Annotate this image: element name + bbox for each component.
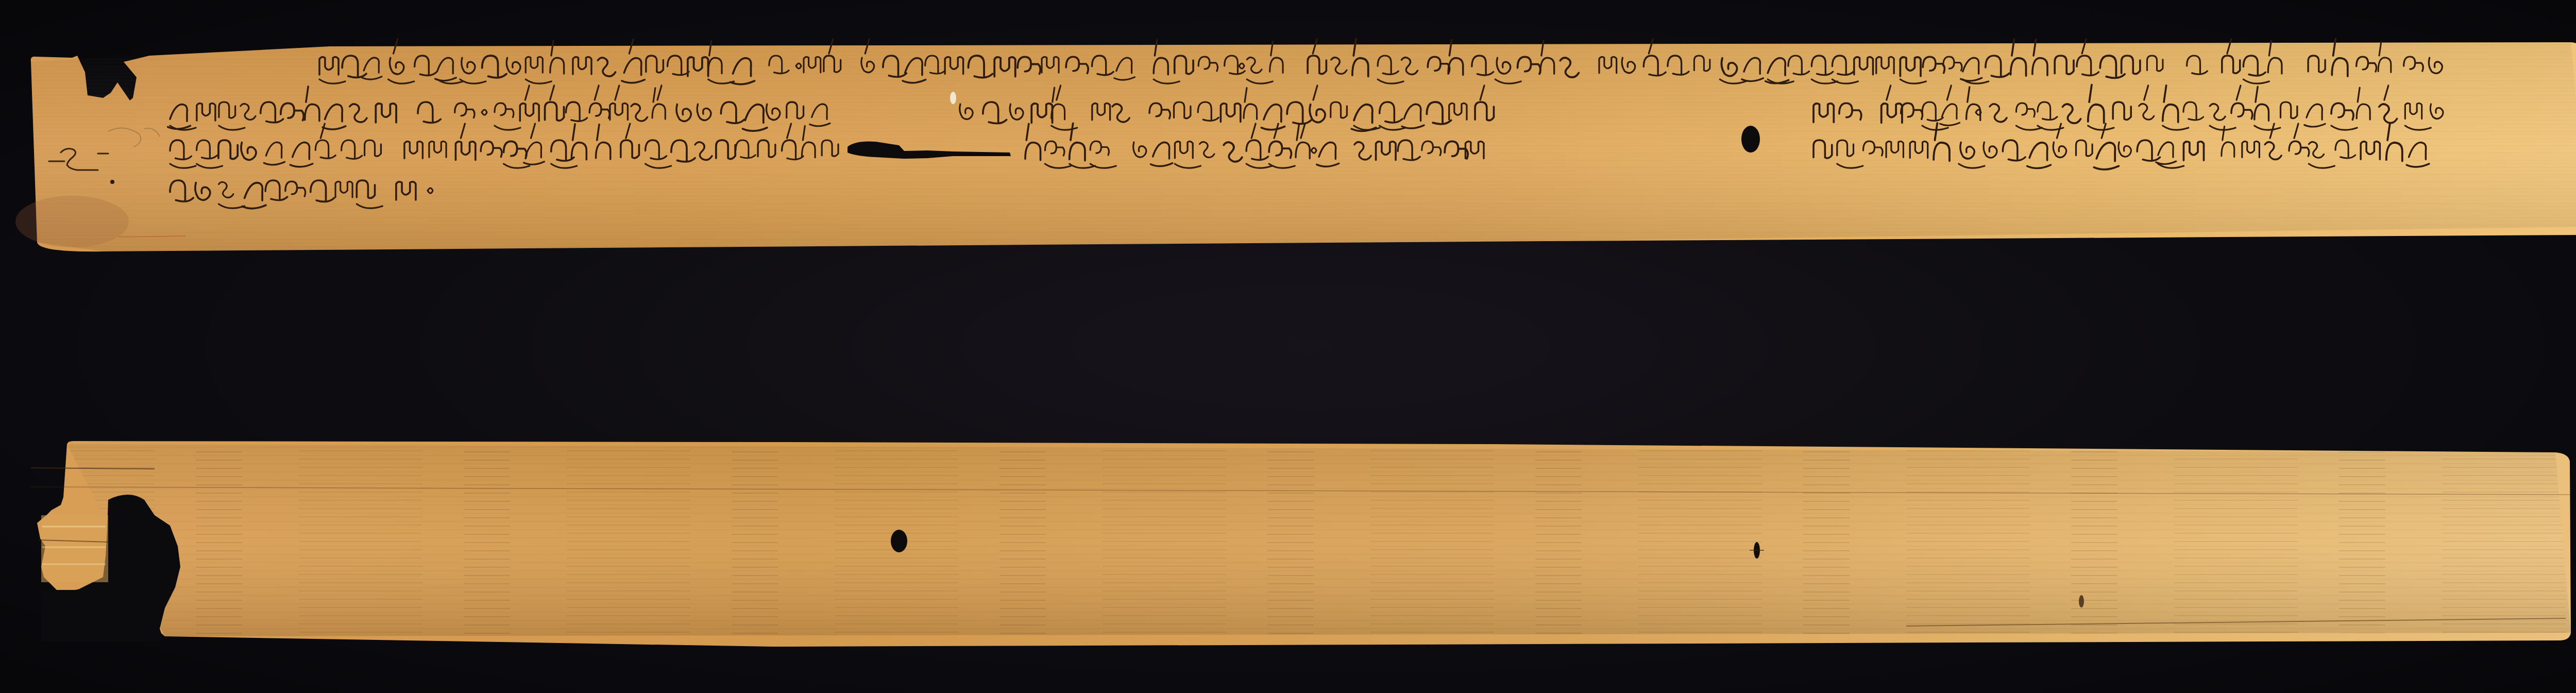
script-glyph: [455, 142, 475, 160]
script-glyph: [1540, 41, 1554, 74]
script-glyph: [435, 58, 456, 80]
script-glyph: [2011, 39, 2026, 76]
script-glyph: [822, 140, 838, 156]
script-glyph: [218, 140, 238, 159]
script-glyph: [1042, 57, 1059, 73]
script-glyph: [1961, 58, 1982, 81]
script-glyph: [1221, 104, 1240, 122]
script-glyph: [2077, 56, 2098, 75]
script-glyph: [1018, 57, 1040, 74]
script-glyph: [1031, 104, 1052, 123]
script-glyph: [2003, 140, 2025, 161]
script-glyph: [2076, 140, 2093, 156]
script-glyph: [810, 104, 830, 126]
script-glyph: [2309, 142, 2324, 158]
script-glyph: [218, 182, 233, 197]
script-glyph: [622, 58, 645, 82]
script-glyph: [2094, 143, 2119, 170]
script-glyph: [1449, 103, 1467, 120]
script-glyph: [610, 103, 628, 120]
script-glyph: [1198, 102, 1218, 121]
script-glyph: [281, 103, 304, 120]
script-glyph: [1863, 141, 1883, 156]
script-glyph: [481, 141, 502, 157]
script-glyph: [1472, 56, 1494, 75]
script-glyph: [1901, 103, 1923, 119]
script-glyph: [1960, 142, 1974, 159]
script-glyph: [1331, 57, 1347, 74]
script-glyph: [2137, 140, 2160, 161]
script-glyph: [264, 142, 284, 165]
script-glyph: [524, 142, 545, 164]
script-glyph: [1422, 141, 1441, 156]
script-glyph: [195, 183, 210, 200]
script-glyph: [389, 58, 403, 74]
script-glyph: [1114, 58, 1135, 80]
script-glyph: [1380, 102, 1402, 123]
inscription-top-leaf: [0, 0, 2576, 289]
script-glyph: [1112, 104, 1129, 122]
script-glyph: [550, 41, 564, 74]
script-glyph: [960, 104, 973, 119]
script-glyph: [1832, 56, 1853, 75]
script-glyph: [1317, 142, 1339, 166]
script-glyph: [1402, 104, 1424, 128]
script-glyph: [1224, 142, 1242, 162]
script-glyph: [1854, 57, 1873, 75]
script-glyph: [1270, 42, 1283, 73]
script-glyph: [342, 140, 362, 159]
script-glyph: [969, 56, 993, 78]
script-glyph: [883, 56, 907, 77]
script-glyph: [1668, 56, 1689, 75]
script-glyph: [1910, 141, 1927, 158]
script-glyph: [1376, 142, 1396, 160]
script-glyph: [671, 140, 695, 162]
script-glyph: [983, 102, 1007, 123]
script-glyph: [2405, 103, 2421, 119]
script-glyph: [429, 141, 446, 157]
script-glyph: [1876, 57, 1894, 73]
script-glyph: [1010, 104, 1023, 120]
script-glyph: [2332, 39, 2348, 76]
script-glyph: [2265, 142, 2281, 160]
script-glyph: [1742, 58, 1764, 81]
script-glyph: [1599, 57, 1617, 73]
script-glyph: [2281, 102, 2297, 119]
script-glyph: [716, 140, 735, 159]
script-glyph: [1175, 141, 1193, 158]
script-glyph: [2331, 103, 2353, 120]
script-glyph: [802, 126, 815, 157]
script-glyph: [2231, 103, 2252, 119]
script-glyph: [621, 140, 639, 158]
script-glyph: [2335, 140, 2355, 158]
script-glyph: [903, 58, 925, 82]
script-glyph: [2113, 102, 2131, 120]
script-glyph: [1940, 104, 1959, 126]
script-glyph: [925, 56, 945, 74]
script-glyph: [1694, 56, 1709, 71]
script-glyph: [769, 56, 789, 74]
script-glyph: [2183, 102, 2204, 120]
script-glyph: [2304, 104, 2325, 127]
script-glyph: [736, 140, 755, 158]
script-glyph: [2222, 126, 2234, 157]
script-glyph: [415, 56, 436, 75]
script-glyph: [2053, 142, 2066, 158]
script-glyph: [2055, 56, 2074, 74]
script-glyph: [646, 140, 667, 159]
script-glyph: [1839, 103, 1861, 120]
script-glyph: [1133, 142, 1146, 157]
script-glyph: [1092, 56, 1114, 75]
script-glyph: [1287, 102, 1311, 124]
script-glyph: [1354, 142, 1371, 160]
script-glyph: [2032, 40, 2047, 76]
script-glyph: [1045, 141, 1064, 156]
script-glyph: [695, 142, 712, 160]
script-glyph: [265, 180, 287, 200]
script-glyph: [1643, 56, 1666, 76]
script-glyph: [2163, 86, 2178, 122]
script-glyph: [1788, 56, 1809, 75]
script-glyph: [782, 140, 803, 160]
script-glyph: [1445, 141, 1468, 159]
script-glyph: [731, 58, 755, 84]
script-glyph: [861, 58, 874, 73]
script-glyph: [2222, 56, 2240, 73]
script-glyph: [241, 143, 256, 160]
script-glyph: [323, 104, 346, 129]
script-glyph: [545, 102, 564, 121]
script-glyph: [365, 140, 381, 156]
script-glyph: [824, 56, 841, 72]
script-glyph: [2255, 87, 2269, 121]
script-glyph: [1150, 142, 1172, 166]
script-glyph: [2268, 41, 2282, 74]
script-glyph: [2430, 104, 2443, 119]
script-glyph: [1427, 102, 1451, 124]
script-glyph: [566, 102, 587, 121]
script-glyph: [170, 140, 191, 160]
script-glyph: [697, 104, 711, 120]
script-glyph: [396, 182, 416, 200]
script-glyph: [1811, 56, 1833, 75]
script-glyph: [2088, 85, 2104, 123]
script-glyph: [688, 57, 708, 76]
script-glyph: [1986, 56, 2009, 77]
script-glyph: [646, 56, 664, 73]
script-glyph: [504, 141, 527, 158]
palm-leaf-top: [0, 0, 2576, 289]
script-glyph: [2156, 142, 2176, 164]
script-glyph: [1721, 58, 1737, 76]
script-glyph: [743, 105, 767, 131]
script-glyph: [758, 140, 775, 157]
script-glyph: [1984, 142, 1997, 158]
script-glyph: [766, 104, 779, 120]
script-glyph: [506, 58, 520, 74]
script-glyph: [350, 104, 367, 122]
script-glyph: [197, 104, 215, 121]
palm-leaf-bottom-shape: [0, 412, 2576, 693]
script-glyph: [631, 104, 648, 121]
script-glyph: [787, 102, 804, 119]
script-glyph: [1261, 105, 1284, 130]
script-glyph: [1247, 57, 1262, 73]
script-glyph: [994, 57, 1015, 77]
script-glyph: [242, 183, 266, 209]
script-glyph: [708, 41, 722, 74]
script-glyph: [290, 142, 313, 166]
script-glyph: [241, 104, 256, 120]
script-glyph: [335, 181, 352, 197]
script-glyph: [945, 57, 963, 74]
script-glyph: [311, 180, 334, 201]
script-glyph: [1199, 142, 1214, 157]
script-glyph: [1198, 57, 1217, 71]
script-glyph: [571, 124, 586, 160]
script-glyph: [2038, 102, 2057, 120]
palm-leaf-bottom: [0, 412, 2576, 693]
script-glyph: [2357, 57, 2377, 72]
script-glyph: [1518, 57, 1540, 74]
script-glyph: [526, 57, 543, 73]
script-glyph: [551, 140, 574, 161]
script-glyph: [721, 102, 744, 123]
script-glyph: [1070, 123, 1085, 160]
script-glyph: [1174, 102, 1191, 119]
script-glyph: [2308, 56, 2325, 72]
script-glyph: [1882, 104, 1902, 123]
script-glyph: [1922, 102, 1943, 121]
script-glyph: [2386, 123, 2402, 161]
script-glyph: [2122, 56, 2140, 74]
script-glyph: [357, 180, 375, 198]
script-glyph: [418, 102, 440, 123]
script-glyph: [1990, 104, 2007, 122]
script-glyph: [1560, 58, 1579, 77]
script-glyph: [1090, 141, 1109, 155]
script-glyph: [2361, 142, 2380, 160]
script-glyph: [2062, 104, 2080, 123]
script-glyph: [1886, 141, 1903, 157]
script-glyph: [315, 140, 335, 158]
script-glyph: [1428, 57, 1449, 73]
script-glyph: [495, 103, 514, 117]
script-glyph: [1154, 40, 1168, 75]
script-glyph: [1244, 88, 1257, 120]
script-glyph: [1398, 140, 1420, 160]
script-glyph: [197, 140, 217, 159]
script-glyph: [2183, 142, 2204, 160]
script-glyph: [2379, 104, 2397, 123]
script-glyph: [1092, 103, 1110, 120]
script-glyph: [1310, 105, 1325, 123]
script-glyph: [2357, 88, 2370, 120]
script-glyph: [2027, 143, 2051, 168]
script-glyph: [1900, 57, 1921, 76]
script-glyph: [462, 58, 475, 74]
script-glyph: [573, 57, 591, 74]
script-glyph: [219, 102, 235, 118]
script-glyph: [804, 57, 821, 72]
script-glyph: [2187, 56, 2208, 74]
script-glyph: [520, 104, 539, 121]
script-glyph: [676, 104, 691, 121]
script-glyph: [2016, 103, 2035, 117]
script-glyph: [319, 57, 338, 75]
script-glyph: [376, 104, 396, 123]
script-glyph: [1149, 103, 1170, 119]
script-glyph: [1025, 124, 1041, 160]
script-glyph: [1269, 141, 1291, 158]
script-glyph: [482, 56, 506, 78]
binding-hole-left: [891, 530, 907, 552]
script-glyph: [1352, 39, 1368, 77]
script-glyph: [1066, 57, 1088, 73]
script-glyph: [2139, 104, 2154, 120]
script-glyph: [1246, 140, 1268, 160]
script-glyph: [1497, 58, 1511, 74]
script-glyph: [404, 142, 422, 159]
script-glyph: [170, 180, 193, 201]
script-glyph: [2119, 142, 2131, 157]
script-glyph: [2378, 42, 2391, 72]
script-glyph: [2404, 57, 2424, 71]
script-glyph: [1225, 56, 1245, 74]
script-glyph: [285, 181, 306, 196]
script-glyph: [342, 56, 366, 77]
script-glyph: [1401, 58, 1417, 75]
script-glyph: [168, 104, 191, 129]
script-glyph: [2147, 56, 2163, 71]
script-glyph: [1814, 140, 1832, 158]
script-glyph: [1475, 102, 1494, 121]
script-glyph: [261, 102, 283, 123]
script-glyph: [2289, 141, 2309, 156]
script-glyph: [455, 103, 474, 118]
script-glyph: [598, 58, 615, 76]
script-glyph: [589, 103, 609, 118]
script-glyph: [596, 125, 611, 159]
script-glyph: [1814, 104, 1834, 122]
script-glyph: [1308, 56, 1326, 74]
script-glyph: [1622, 58, 1635, 73]
script-glyph: [2429, 58, 2442, 73]
script-glyph: [1331, 102, 1347, 118]
script-glyph: [1943, 57, 1962, 71]
script-glyph: [1175, 56, 1193, 74]
script-glyph: [2243, 56, 2265, 76]
script-glyph: [1378, 56, 1398, 74]
script-glyph: [305, 87, 319, 121]
script-glyph: [2210, 104, 2225, 120]
script-glyph: [1923, 57, 1944, 73]
script-glyph: [1448, 40, 1463, 75]
script-glyph: [2242, 141, 2260, 157]
script-glyph: [668, 56, 689, 75]
script-glyph: [1837, 140, 1854, 156]
script-glyph: [2406, 142, 2429, 167]
